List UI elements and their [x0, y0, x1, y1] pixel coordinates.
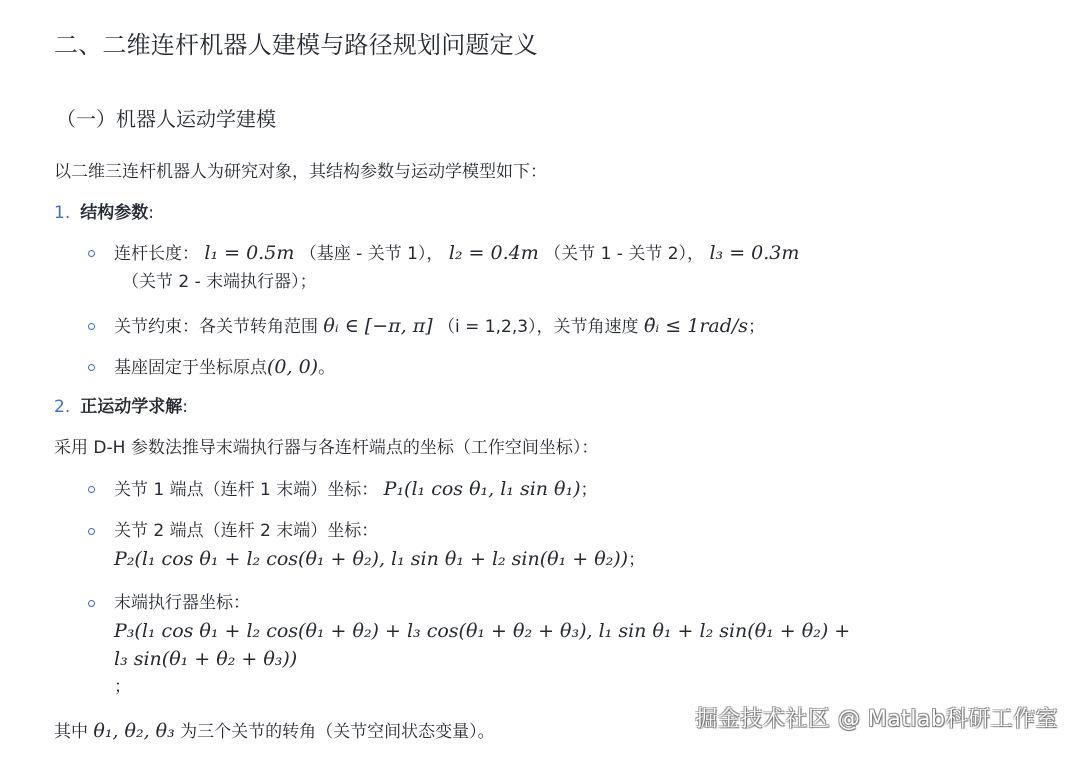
- ordered-list-item-2: 2.正运动学求解:: [54, 394, 188, 420]
- math-p3-line2: l₃ sin(θ₁ + θ₂ + θ₃)): [114, 645, 850, 673]
- bullet-base-origin: 基座固定于坐标原点(0, 0)。: [88, 353, 335, 382]
- math-p3-line1: P₃(l₁ cos θ₁ + l₂ cos(θ₁ + θ₂) + l₃ cos(…: [114, 617, 850, 645]
- bullet-joint2-endpoint: 关节 2 端点（连杆 2 末端）坐标： P₂(l₁ cos θ₁ + l₂ co…: [88, 517, 645, 574]
- list-label: 结构参数: [80, 203, 148, 223]
- math-p1: P₁(l₁ cos θ₁, l₁ sin θ₁): [384, 478, 581, 500]
- bullet-end-effector: 末端执行器坐标： P₃(l₁ cos θ₁ + l₂ cos(θ₁ + θ₂) …: [88, 589, 850, 701]
- bullet-circle-icon: [88, 486, 95, 493]
- bullet-circle-icon: [88, 364, 95, 371]
- bullet-circle-icon: [88, 323, 95, 330]
- math-p2: P₂(l₁ cos θ₁ + l₂ cos(θ₁ + θ₂), l₁ sin θ…: [114, 548, 628, 570]
- ordered-list-item-1: 1.结构参数:: [54, 200, 154, 226]
- math-l2: l₂ = 0.4m: [449, 242, 539, 264]
- bullet-link-lengths: 连杆长度： l₁ = 0.5m （基座 - 关节 1）， l₂ = 0.4m （…: [88, 239, 994, 296]
- math-angular-velocity: θ̇ᵢ ≤ 1rad/s: [644, 315, 748, 337]
- list-label: 正运动学求解: [80, 397, 182, 417]
- math-l3: l₃ = 0.3m: [709, 242, 799, 264]
- math-angle-range: θᵢ ∈ [−π, π]: [323, 315, 432, 337]
- bullet-circle-icon: [88, 528, 95, 535]
- closing-paragraph: 其中 θ₁, θ₂, θ₃ 为三个关节的转角（关节空间状态变量）。: [54, 718, 495, 745]
- bullet-circle-icon: [88, 600, 95, 607]
- bullet-joint-constraints: 关节约束：各关节转角范围 θᵢ ∈ [−π, π] （i = 1,2,3），关节…: [88, 312, 1014, 341]
- bullet-joint1-endpoint: 关节 1 端点（连杆 1 末端）坐标： P₁(l₁ cos θ₁, l₁ sin…: [88, 475, 598, 504]
- subsection-heading: （一）机器人运动学建模: [56, 104, 276, 134]
- math-l1: l₁ = 0.5m: [204, 242, 294, 264]
- math-origin: (0, 0): [267, 356, 318, 378]
- math-thetas: θ₁, θ₂, θ₃: [93, 720, 174, 742]
- dh-method-paragraph: 采用 D-H 参数法推导末端执行器与各连杆端点的坐标（工作空间坐标）：: [54, 435, 598, 461]
- list-number: 2.: [54, 397, 70, 417]
- list-number: 1.: [54, 203, 70, 223]
- intro-paragraph: 以二维三连杆机器人为研究对象，其结构参数与运动学模型如下：: [54, 159, 547, 185]
- section-heading: 二、二维连杆机器人建模与路径规划问题定义: [54, 28, 538, 62]
- bullet-circle-icon: [88, 250, 95, 257]
- watermark: 掘金技术社区 @ Matlab科研工作室: [695, 705, 1058, 735]
